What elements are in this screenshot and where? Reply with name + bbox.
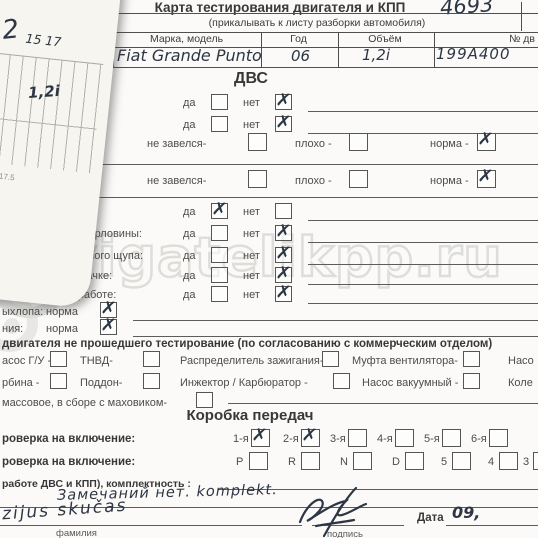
mode-0-label: P [236, 456, 243, 468]
mode-1-label: R [288, 456, 296, 468]
norma-label: норма [46, 323, 78, 335]
value-year: 06 [291, 47, 310, 65]
section-title-engine: ДВС [196, 70, 306, 88]
yes-label: да [183, 289, 196, 301]
yn-row-3-no-checkbox[interactable]: ✗ [275, 225, 292, 241]
untested-r1-4-label: Насо [508, 355, 534, 367]
start-row-1-norm-checkbox[interactable]: ✗ [477, 170, 496, 188]
date-line [446, 525, 538, 526]
yn-row-3-yes-checkbox[interactable] [211, 225, 228, 241]
slip-grid [0, 50, 103, 173]
value-volume: 1,2i [362, 46, 390, 64]
table-subtitle: (прикалывать к листу разборки автомобиля… [113, 17, 521, 29]
yes-label: да [183, 250, 196, 262]
untested-r3-label: массовое, в сборе с маховиком- [2, 397, 167, 409]
value-make-model: Fiat Grande Punto [117, 46, 262, 65]
untested-r1-3-checkbox[interactable] [463, 351, 480, 367]
gear-5-label: 6-я [471, 433, 487, 445]
yn-row-0-no-checkbox[interactable]: ✗ [275, 94, 292, 110]
bad-label: плохо - [295, 138, 332, 150]
untested-r2-2-checkbox[interactable] [333, 373, 350, 389]
untested-r2-2-label: Инжектор / Карбюратор - [180, 377, 308, 389]
col-header-engine-no: № дв [450, 33, 535, 45]
handwritten-name: zijus skučas [1, 496, 128, 525]
slip-note-1: 2 [1, 14, 21, 46]
mode-5-label: 4 [488, 456, 494, 468]
untested-r1-1-label: ТНВД- [80, 355, 113, 367]
mode-6-checkbox[interactable] [533, 452, 538, 470]
col-header-make-model: Марка, модель [113, 33, 260, 45]
yes-label: да [183, 206, 196, 218]
gear-3-label: 4-я [377, 433, 393, 445]
yes-label: да [183, 119, 196, 131]
untested-r1-0-checkbox[interactable] [50, 351, 67, 367]
mode-2-checkbox[interactable] [353, 452, 372, 470]
norm-row-0-label: ыхлопа: [2, 306, 43, 318]
norm-label: норма - [430, 175, 469, 187]
untested-r1-2-label: Распределитель зажигания- [180, 355, 324, 367]
start-row-1-notstart-checkbox[interactable] [248, 170, 267, 188]
section-title-gearbox: Коробка передач [150, 407, 350, 424]
gear-2-label: 3-я [330, 433, 346, 445]
fill-line [308, 220, 538, 221]
fill-line [308, 303, 538, 304]
slip-note-2: 15 17 [25, 31, 62, 50]
surname-label: фамилия [56, 528, 97, 538]
mode-3-label: D [392, 456, 400, 468]
yn-row-2-yes-checkbox[interactable]: ✗ [211, 203, 228, 219]
mode-6-label: 3 [523, 456, 529, 468]
gear-check-label: роверка на включение: [2, 433, 135, 445]
untested-r1-1-checkbox[interactable] [143, 351, 160, 367]
fill-line [133, 320, 538, 321]
gear-4-checkbox[interactable] [442, 429, 461, 447]
yes-label: да [183, 97, 196, 109]
mode-check-label: роверка на включение: [2, 456, 135, 468]
yn-row-1-yes-checkbox[interactable] [211, 116, 228, 132]
norm-row-1-checkbox[interactable]: ✗ [100, 319, 117, 335]
mode-2-label: N [340, 456, 348, 468]
untested-r2-3-label: Насос вакуумный - [362, 377, 458, 389]
no-label: нет [243, 250, 260, 262]
slip-note-4: 17.5 [0, 172, 15, 183]
gear-1-label: 2-я [283, 433, 299, 445]
norma-label: норма [46, 306, 78, 318]
yn-row-5-yes-checkbox[interactable] [211, 267, 228, 283]
untested-r1-2-checkbox[interactable] [322, 351, 339, 367]
untested-r1-0-label: асос Г/У - [2, 355, 51, 367]
fill-line [228, 403, 538, 404]
col-header-year: Год [260, 33, 337, 45]
yn-row-6-no-checkbox[interactable]: ✗ [275, 286, 292, 302]
not-started-label: не завелся- [147, 175, 206, 187]
handwritten-date: 09, [452, 503, 480, 522]
gear-0-label: 1-я [233, 433, 249, 445]
mode-0-checkbox[interactable] [249, 452, 268, 470]
no-label: нет [243, 119, 260, 131]
yes-label: да [183, 270, 196, 282]
gear-2-checkbox[interactable] [348, 429, 367, 447]
untested-r2-4-label: Коле [508, 377, 533, 389]
yes-label: да [183, 228, 196, 240]
no-label: нет [243, 289, 260, 301]
fill-line [133, 336, 538, 337]
fill-line [308, 111, 538, 112]
col-header-volume: Объём [337, 33, 433, 45]
untested-r2-0-checkbox[interactable] [50, 373, 67, 389]
no-label: нет [243, 206, 260, 218]
fill-line [308, 242, 538, 243]
no-label: нет [243, 97, 260, 109]
yn-row-0-yes-checkbox[interactable] [211, 94, 228, 110]
mode-3-checkbox[interactable] [405, 452, 424, 470]
norm-row-1-label: ния: [2, 323, 23, 335]
gear-0-checkbox[interactable]: ✗ [251, 429, 270, 447]
mode-4-label: 5 [441, 456, 447, 468]
fill-line [308, 133, 538, 134]
start-row-0-bad-checkbox[interactable] [349, 133, 368, 151]
gear-3-checkbox[interactable] [395, 429, 414, 447]
date-label: Дата [417, 512, 444, 524]
gear-1-checkbox[interactable]: ✗ [301, 429, 320, 447]
untested-r3-checkbox[interactable] [196, 392, 213, 408]
untested-r2-3-checkbox[interactable] [463, 373, 480, 389]
yn-row-2-no-checkbox[interactable] [275, 203, 292, 219]
untested-r2-1-label: Поддон- [80, 377, 122, 389]
yn-row-6-yes-checkbox[interactable] [211, 286, 228, 302]
untested-r2-0-label: рбина - [2, 377, 39, 389]
fill-line [308, 284, 538, 285]
start-row-0-notstart-checkbox[interactable] [248, 133, 267, 151]
signature [296, 486, 384, 538]
yn-row-4-yes-checkbox[interactable] [211, 247, 228, 263]
bad-label: плохо - [295, 175, 332, 187]
signature-line [0, 525, 302, 526]
start-row-0-norm-checkbox[interactable]: ✗ [477, 133, 496, 151]
no-label: нет [243, 270, 260, 282]
fill-line [308, 264, 538, 265]
mode-4-checkbox[interactable] [452, 452, 471, 470]
mode-5-checkbox[interactable] [499, 452, 518, 470]
yn-row-1-no-checkbox[interactable]: ✗ [275, 116, 292, 132]
no-label: нет [243, 228, 260, 240]
mode-1-checkbox[interactable] [301, 452, 320, 470]
yn-row-4-no-checkbox[interactable]: ✗ [275, 247, 292, 263]
norm-label: норма - [430, 138, 469, 150]
value-engine-no: 199A400 [436, 45, 511, 63]
untested-r2-1-checkbox[interactable] [143, 373, 160, 389]
untested-r1-3-label: Муфта вентилятора- [352, 355, 458, 367]
gear-4-label: 5-я [424, 433, 440, 445]
gear-5-checkbox[interactable] [489, 429, 508, 447]
untested-section-header: двигателя не прошедшего тестирование (по… [2, 338, 492, 350]
not-started-label: не завелся- [147, 138, 206, 150]
start-row-1-bad-checkbox[interactable] [349, 170, 368, 188]
slip-note-3: 1,2i [28, 82, 61, 102]
